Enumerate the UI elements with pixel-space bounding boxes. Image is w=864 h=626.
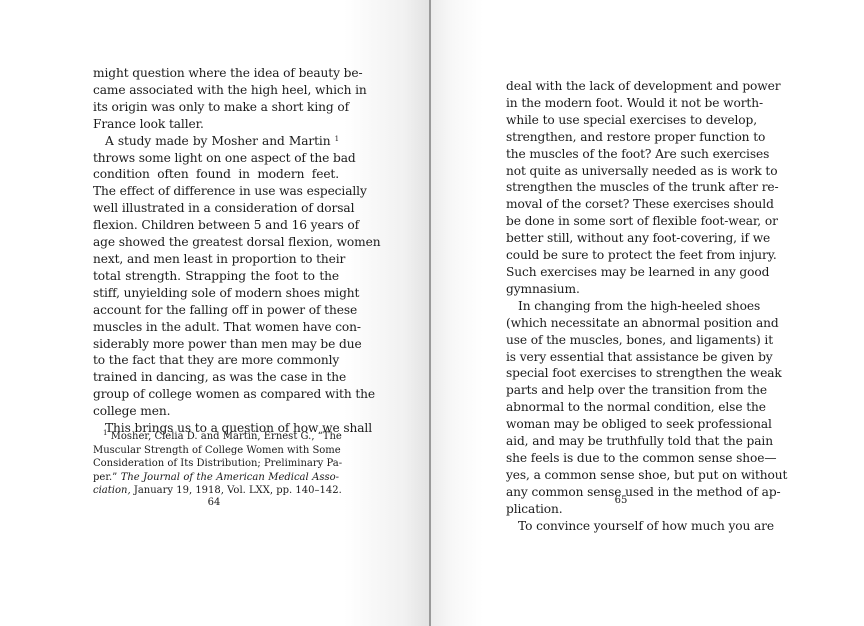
text-line: while to use special exercises to develo… xyxy=(506,112,757,129)
text-line: total strength. Strapping the foot to th… xyxy=(93,268,339,285)
text-line: yes, a common sense shoe, but put on wit… xyxy=(506,467,757,484)
text-line: muscles in the adult. That women have co… xyxy=(93,319,339,336)
text-line: not quite as universally needed as is wo… xyxy=(506,163,757,180)
text-line: in the modern foot. Would it not be wort… xyxy=(506,95,757,112)
text-line: deal with the lack of development and po… xyxy=(506,78,757,95)
text-line: might question where the idea of beauty … xyxy=(93,65,339,82)
text-line: strengthen the muscles of the trunk afte… xyxy=(506,179,757,196)
text-line: Such exercises may be learned in any goo… xyxy=(506,264,757,281)
left-page-body: might question where the idea of beauty … xyxy=(93,65,339,437)
footnote-line: Muscular Strength of College Women with … xyxy=(93,444,339,458)
text-line: trained in dancing, as was the case in t… xyxy=(93,369,339,386)
text-line: is very essential that assistance be giv… xyxy=(506,349,757,366)
text-line: woman may be obliged to seek professiona… xyxy=(506,416,757,433)
book-spread: might question where the idea of beauty … xyxy=(0,0,864,626)
text-line: moval of the corset? These exercises sho… xyxy=(506,196,757,213)
text-line: college men. xyxy=(93,403,339,420)
text-line: came associated with the high heel, whic… xyxy=(93,82,339,99)
text-line: flexion. Children between 5 and 16 years… xyxy=(93,217,339,234)
page-number: 64 xyxy=(194,497,234,509)
text-line: group of college women as compared with … xyxy=(93,386,339,403)
text-line: its origin was only to make a short king… xyxy=(93,99,339,116)
journal-title-cont: ciation, xyxy=(93,485,131,496)
text-line: A study made by Mosher and Martin xyxy=(105,134,330,148)
text-line: parts and help over the transition from … xyxy=(506,382,757,399)
journal-title: The Journal of the American Medical Asso… xyxy=(121,472,339,483)
citation-details: January 19, 1918, Vol. LXX, pp. 140–142. xyxy=(134,485,342,496)
text-line: aid, and may be truthfully told that the… xyxy=(506,433,757,450)
text-line: the muscles of the foot? Are such exerci… xyxy=(506,146,757,163)
text-line: To convince yourself of how much you are xyxy=(506,518,757,535)
text-line: account for the falling off in power of … xyxy=(93,302,339,319)
text-line: (which necessitate an abnormal position … xyxy=(506,315,757,332)
footnote-marker: 1 xyxy=(103,429,107,437)
left-page: might question where the idea of beauty … xyxy=(0,0,430,626)
footnote-reference[interactable]: 1 xyxy=(335,135,339,143)
text-line: to the fact that they are more commonly xyxy=(93,352,339,369)
text-line: age showed the greatest dorsal flexion, … xyxy=(93,234,339,251)
text-line: gymnasium. xyxy=(506,281,757,298)
text-line: better still, without any foot-covering,… xyxy=(506,230,757,247)
text-line: could be sure to protect the feet from i… xyxy=(506,247,757,264)
text-line: strengthen, and restore proper function … xyxy=(506,129,757,146)
text-line-with-footnote-ref: A study made by Mosher and Martin 1 xyxy=(93,133,339,150)
footnote-text: Mosher, Clelia D. and Martin, Ernest G.,… xyxy=(111,431,342,442)
text-line: next, and men least in proportion to the… xyxy=(93,251,339,268)
text-line: she feels is due to the common sense sho… xyxy=(506,450,757,467)
footnote: 1 Mosher, Clelia D. and Martin, Ernest G… xyxy=(93,430,339,498)
footnote-line: Consideration of Its Distribution; Preli… xyxy=(93,457,339,471)
text-line: be done in some sort of flexible foot-we… xyxy=(506,213,757,230)
text-line: The effect of difference in use was espe… xyxy=(93,183,339,200)
text-line: France look taller. xyxy=(93,116,339,133)
right-page-body: deal with the lack of development and po… xyxy=(506,78,757,534)
text-line: throws some light on one aspect of the b… xyxy=(93,150,339,167)
text-line: siderably more power than men may be due xyxy=(93,336,339,353)
text-line: In changing from the high-heeled shoes xyxy=(506,298,757,315)
text-line: stiff, unyielding sole of modern shoes m… xyxy=(93,285,339,302)
text-line: condition often found in modern feet. xyxy=(93,166,339,183)
footnote-line: per.” The Journal of the American Medica… xyxy=(93,471,339,485)
footnote-line: ciation, January 19, 1918, Vol. LXX, pp.… xyxy=(93,484,339,498)
footnote-text: per.” xyxy=(93,472,117,483)
footnote-line: 1 Mosher, Clelia D. and Martin, Ernest G… xyxy=(93,430,339,444)
text-line: use of the muscles, bones, and ligaments… xyxy=(506,332,757,349)
text-line: well illustrated in a consideration of d… xyxy=(93,200,339,217)
page-number: 65 xyxy=(601,495,641,507)
text-line: abnormal to the normal condition, else t… xyxy=(506,399,757,416)
text-line: special foot exercises to strengthen the… xyxy=(506,365,757,382)
